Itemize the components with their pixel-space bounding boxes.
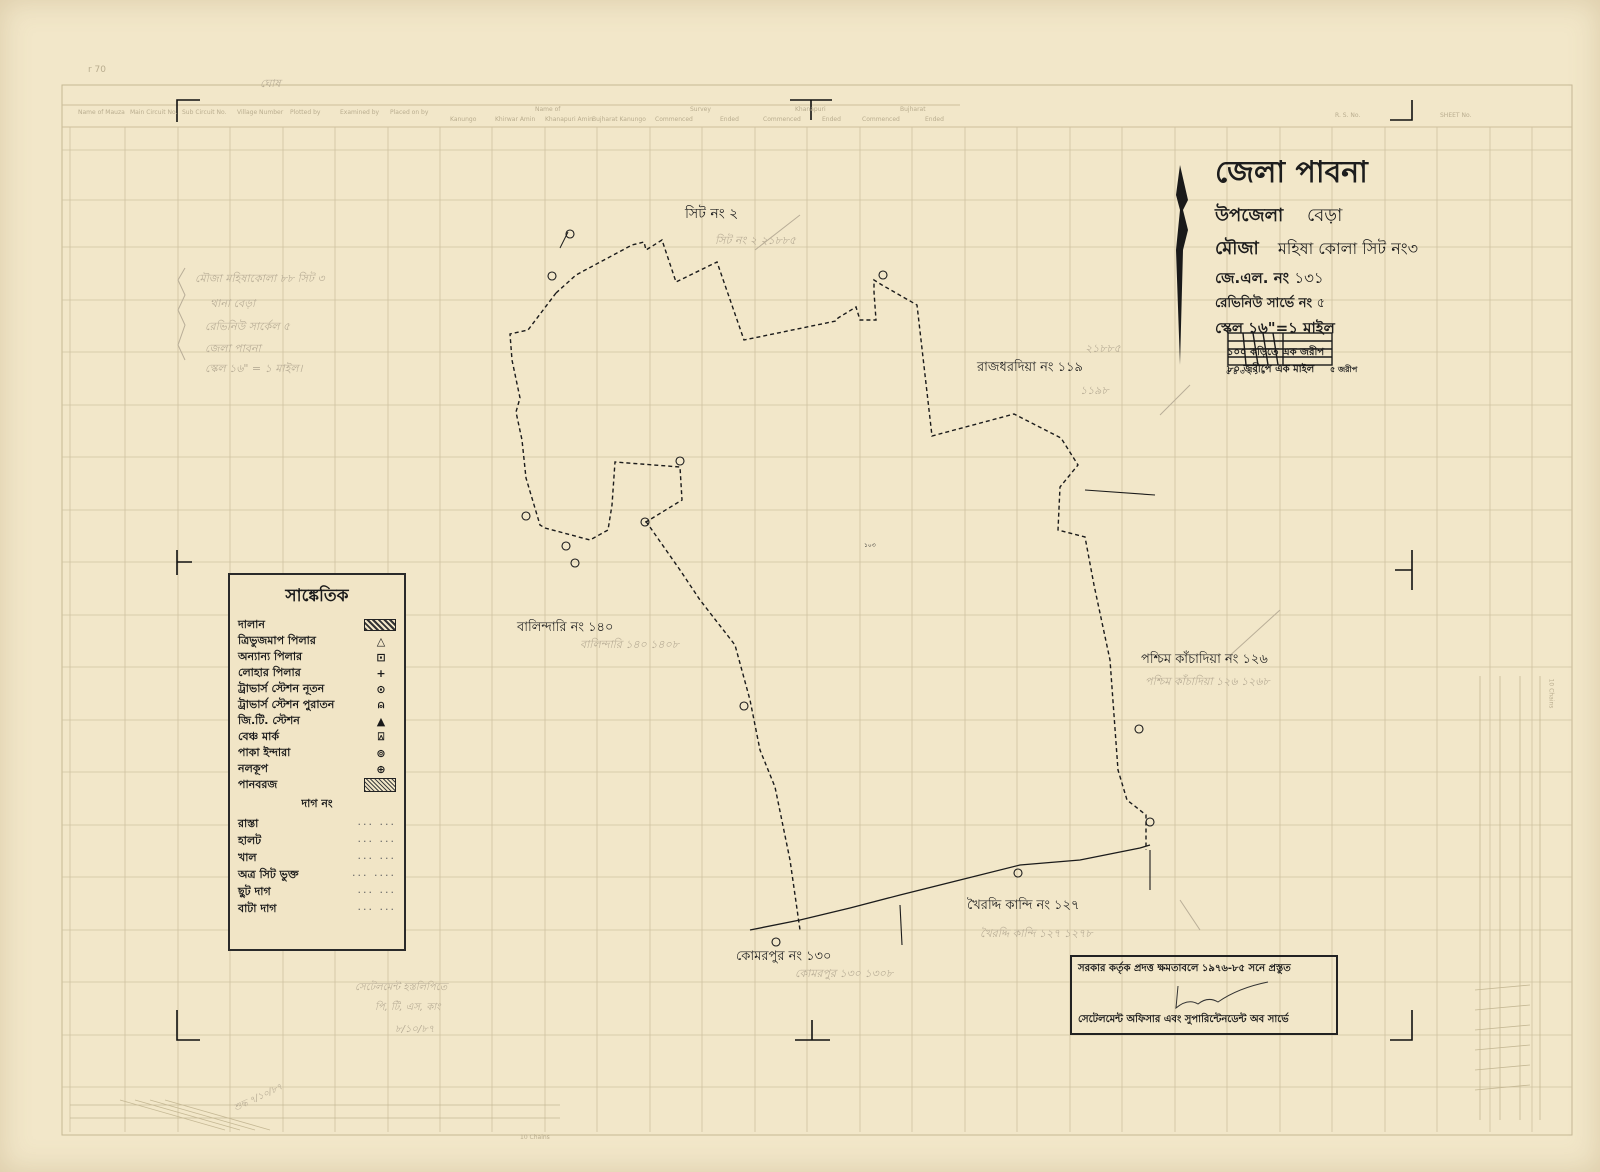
pencil-east-note: পশ্চিম কাঁচাদিয়া ১২৬ ১২৬৮ (1145, 673, 1270, 692)
legend-line-canal: খাল··· ··· (238, 850, 396, 867)
header-bujharat-ended: Ended (925, 116, 944, 123)
betel-hatch-icon (364, 778, 396, 792)
rs-no-label: R. S. No. (1335, 112, 1360, 119)
legend-line-sub-plot: বাটা দাগ··· ··· (238, 901, 396, 918)
plus-icon: + (366, 667, 396, 680)
center-plot-number: ১০৩ (864, 540, 876, 551)
signature (1078, 978, 1330, 1012)
header-column-plotted-by: Plotted by (290, 109, 320, 116)
pencil-southeast-note: খৈরদ্দি কান্দি ১২৭ ১২৭৮ (980, 925, 1092, 944)
header-column-examined-by: Examined by (340, 109, 379, 116)
legend-line-omitted-plot: ছুট দাগ··· ··· (238, 884, 396, 901)
pencil-bottom-left-date: ৮/১০/৮৭ (395, 1022, 434, 1039)
title-block: জেলা পাবনা উপজেলা বেড়া মৌজা মহিষা কোলা … (1215, 148, 1418, 379)
tubewell-icon: ⊕ (366, 763, 396, 776)
header-column-placed-by: Placed on by (390, 109, 428, 116)
circle-dot-icon: ⊙ (366, 683, 396, 696)
legend-item-betel-garden: পানবরজ (238, 777, 396, 793)
header-group-bujharat: Bujharat (900, 106, 926, 113)
pencil-north-note: সিট নং ২ ২১৮৮৫ (715, 232, 796, 251)
legend-subtitle: দাগ নং (238, 795, 396, 814)
header-group-survey: Survey (690, 106, 711, 113)
neighbour-north-label: সিট নং ২ (685, 202, 738, 226)
upazila-label: উপজেলা (1215, 205, 1283, 226)
triangle-icon: △ (366, 635, 396, 648)
pencil-note-1: মৌজা মহিষাকোলা ৮৮ সিট ৩ (195, 270, 325, 289)
side-chains-label: 10 Chains (1547, 679, 1554, 709)
filled-triangle-icon: ▲ (366, 715, 396, 728)
pencil-top-label: ঘোষ (260, 75, 281, 94)
certificate-line-2: সেটেলমেন্ট অফিসার এবং সুপারিন্টেনডেন্ট অ… (1078, 1012, 1330, 1029)
scale-text: স্কেল ১৬"=১ মাইল (1215, 317, 1418, 342)
map-sheet: Name of Mauza Main Circuit No. Sub Circu… (0, 0, 1600, 1172)
upazila-value: বেড়া (1307, 205, 1342, 226)
header-khanapuri-commenced: Commenced (763, 116, 801, 123)
scale-bar-unit: ৫ জরীপ (1330, 364, 1357, 377)
pencil-northeast-note: ২১৮৮৫ (1085, 340, 1121, 359)
mouza-label: মৌজা (1215, 238, 1259, 259)
mouza-value: মহিষা কোলা সিট নং৩ (1278, 239, 1418, 258)
certificate-box: সরকার কর্তৃক প্রদত্ত ক্ষমতাবলে ১৯৭৬-৮৫ স… (1070, 955, 1338, 1035)
legend-title: সাঙ্কেতিক (238, 583, 396, 611)
south-boundary (750, 845, 1150, 930)
legend-line-halot: হালট··· ··· (238, 833, 396, 850)
certificate-line-1: সরকার কর্তৃক প্রদত্ত ক্ষমতাবলে ১৯৭৬-৮৫ স… (1078, 961, 1330, 978)
header-survey-commenced: Commenced (655, 116, 693, 123)
sheet-no-label: SHEET No. (1440, 112, 1471, 119)
jl-value: ১৩১ (1294, 269, 1323, 287)
mauza-boundary (556, 240, 1146, 850)
legend-box: সাঙ্কেতিক দালান ত্রিভুজমাপ পিলার△ অন্যান… (228, 573, 406, 951)
pencil-note-2: থানা বেড়া (210, 295, 255, 314)
scale-note-1: ১০০ কড়িতে এক জরীপ (1227, 345, 1418, 362)
revenue-survey-label: রেভিনিউ সার্ভে নং (1215, 296, 1312, 311)
header-bujharat-kanungo: Bujharat Kanungo (592, 116, 646, 123)
pencil-bottom-left-2: পি, টি, এস, কাং (375, 1000, 440, 1017)
traverse-stations (522, 230, 1154, 946)
pencil-note-5: স্কেল ১৬" = ১ মাইল। (205, 360, 302, 379)
header-bujharat-commenced: Commenced (862, 116, 900, 123)
header-khirwar-amin: Khirwar Amin (495, 116, 535, 123)
neighbour-southeast-label: খৈরদ্দি কান্দি নং ১২৭ (967, 896, 1079, 917)
header-group-name-of: Name of (535, 106, 560, 113)
header-survey-ended: Ended (720, 116, 739, 123)
pencil-note-3: রেভিনিউ সার্কেল ৫ (205, 318, 290, 337)
building-hatch-icon (364, 619, 396, 631)
pencil-note-4: জেলা পাবনা (205, 340, 261, 359)
chains-label: 10 Chains (520, 1134, 550, 1141)
bench-mark-icon: ⍓ (366, 730, 396, 744)
pencil-bottom-left-1: সেটেলমেন্ট হস্তলিপিতে (355, 980, 447, 997)
circle-triangle-icon: ⍝ (366, 698, 396, 712)
header-khanapuri-ended: Ended (822, 116, 841, 123)
revenue-survey-value: ৫ (1317, 296, 1325, 311)
square-dot-icon: ⊡ (366, 651, 396, 664)
header-column-sub-circuit: Sub Circuit No. (182, 109, 227, 116)
header-column-main-circuit: Main Circuit No. (130, 109, 177, 116)
well-icon: ⊚ (366, 747, 396, 760)
legend-line-this-sheet: অত্র সিট ভুক্ত··· ···· (238, 867, 396, 884)
header-khanapuri-amin: Khanapuri Amin (545, 116, 593, 123)
header-column-village-number: Village Number (237, 109, 283, 116)
header-group-khanapuri: Khanapuri (795, 106, 826, 113)
side-scale (1475, 676, 1540, 1120)
neighbour-northeast-label: রাজধরদিয়া নং ১১৯ (977, 358, 1083, 379)
pencil-south-note: কোমরপুর ১৩০ ১৩০৮ (795, 965, 893, 984)
header-kanungo: Kanungo (450, 116, 476, 123)
corner-note: r 70 (88, 65, 106, 75)
legend-line-road: রাস্তা··· ··· (238, 816, 396, 833)
north-arrow-icon (1176, 165, 1188, 365)
pencil-northeast-note-2: ১১৯৮ (1080, 382, 1109, 401)
header-column-mauza: Name of Mauza (78, 109, 125, 116)
pencil-west-note: বালিন্দারি ১৪০ ১৪০৮ (580, 636, 679, 655)
mauza-boundary-west (510, 293, 800, 930)
scale-bar-ticks: ৫ ৪ ৩ ২ ১ ০ (1226, 366, 1265, 378)
jl-label: জে.এল. নং (1215, 269, 1289, 287)
bottom-scale (70, 1100, 560, 1130)
neighbour-east-label: পশ্চিম কাঁচাদিয়া নং ১২৬ (1141, 650, 1268, 671)
district-title: জেলা পাবনা (1215, 148, 1418, 199)
